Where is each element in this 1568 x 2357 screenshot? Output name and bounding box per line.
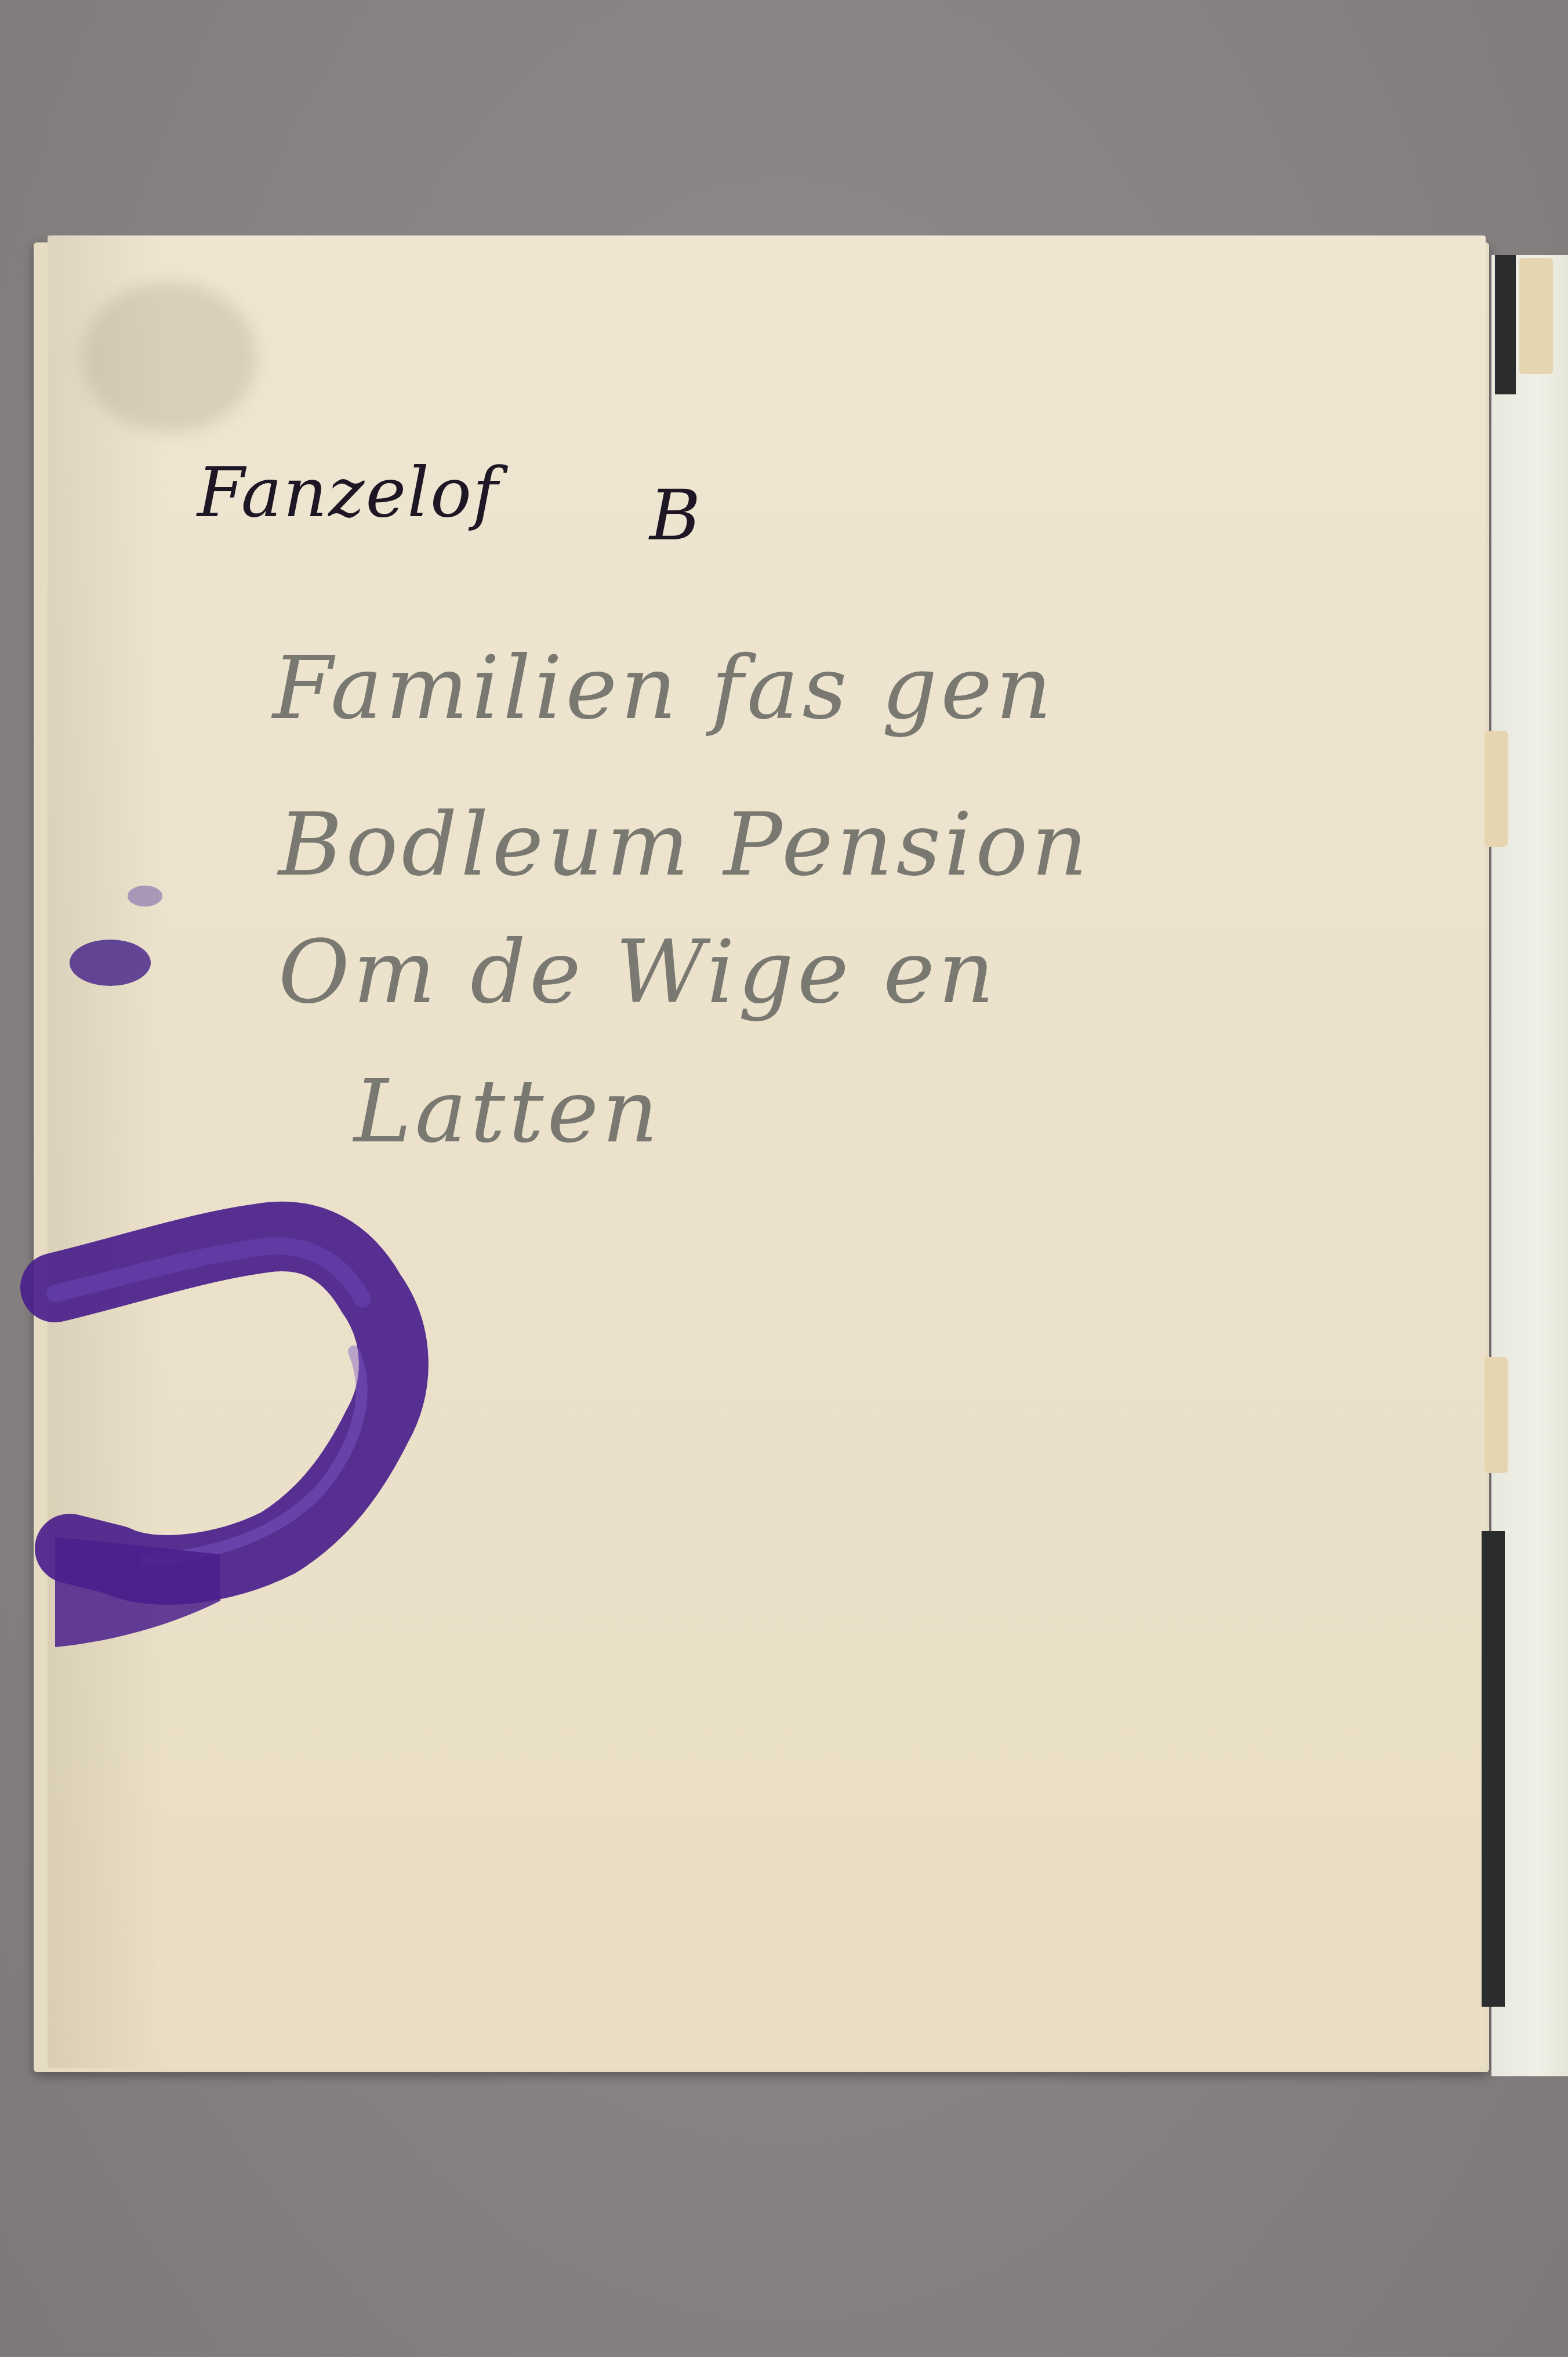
purple-paint-stroke [0,0,1568,2357]
purple-blot [70,940,151,986]
